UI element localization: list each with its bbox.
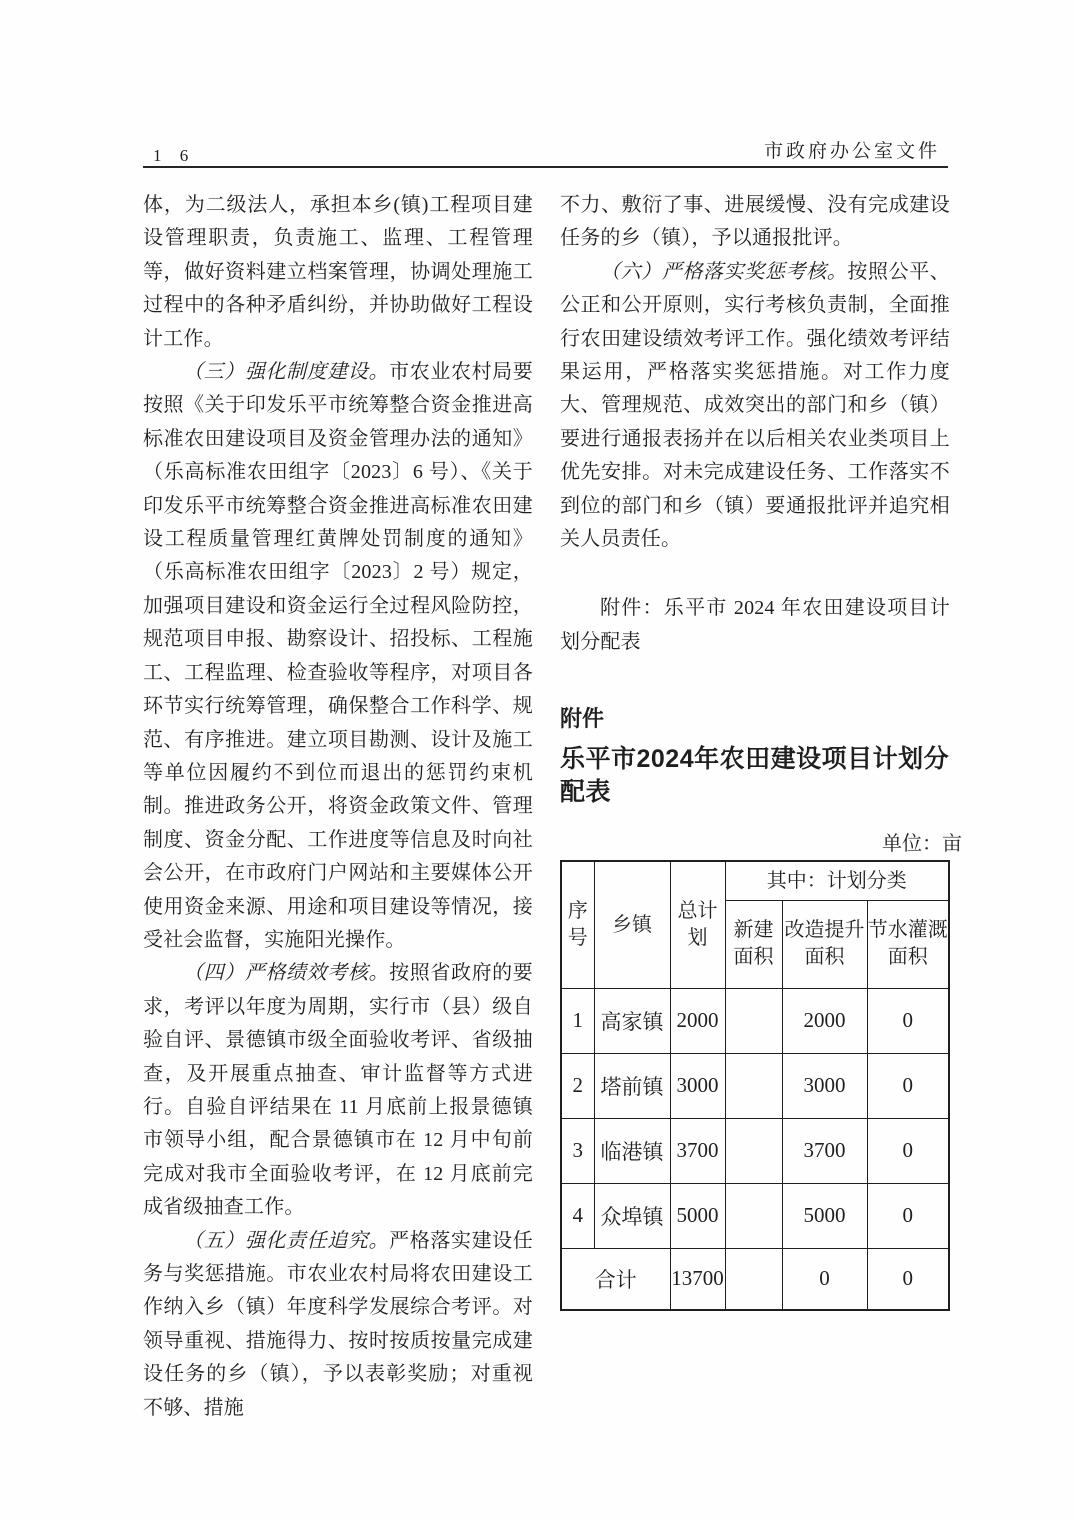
document-page: 1 6 市政府办公室文件 体，为二级法人，承担本乡(镇)工程项目建设管理职责，负… [0, 0, 1074, 1520]
text-run: 不力、敷衍了事、进展缓慢、没有完成建设任务的乡（镇），予以通报批评。 [560, 194, 950, 249]
cell-upgrade: 3700 [782, 1118, 867, 1183]
allocation-table: 序号 乡镇 总计划 其中：计划分类 新建面积 改造提升面积 节水灌溉面积 1高家… [560, 860, 950, 1311]
cell-total: 3700 [670, 1118, 725, 1183]
table-row: 1高家镇200020000 [561, 988, 949, 1053]
cell-irrigation: 0 [867, 988, 949, 1053]
table-row: 3临港镇370037000 [561, 1118, 949, 1183]
col-header-new-area: 新建面积 [725, 900, 782, 988]
header-divider [143, 166, 948, 168]
section-heading-run: （五）强化责任追究。 [183, 1230, 389, 1252]
table-row: 4众埠镇500050000 [561, 1183, 949, 1248]
cell-upgrade: 5000 [782, 1183, 867, 1248]
attachment-title: 乐平市2024年农田建设项目计划分配表 [560, 743, 950, 809]
header-row-1: 序号 乡镇 总计划 其中：计划分类 [561, 861, 949, 900]
cell-town: 众埠镇 [594, 1183, 670, 1248]
total-irrigation-cell: 0 [867, 1248, 949, 1310]
header-doc-type: 市政府办公室文件 [764, 136, 940, 163]
total-row: 合计 13700 0 0 [561, 1248, 949, 1310]
cell-total: 5000 [670, 1183, 725, 1248]
paragraph: 附件：乐平市 2024 年农田建设项目计划分配表 [560, 592, 950, 659]
col-header-upgrade: 改造提升面积 [782, 900, 867, 988]
total-new-area-cell [725, 1248, 782, 1310]
col-header-town: 乡镇 [594, 861, 670, 988]
paragraph: （五）强化责任追究。严格落实建设任务与奖惩措施。市农业农村局将农田建设工作纳入乡… [143, 1225, 533, 1425]
left-column: 体，为二级法人，承担本乡(镇)工程项目建设管理职责，负责施工、监理、工程管理等，… [143, 189, 533, 1425]
cell-seq: 2 [561, 1053, 594, 1118]
paragraph: 体，为二级法人，承担本乡(镇)工程项目建设管理职责，负责施工、监理、工程管理等，… [143, 189, 533, 356]
paragraph: 不力、敷衍了事、进展缓慢、没有完成建设任务的乡（镇），予以通报批评。 [560, 189, 950, 256]
cell-total: 2000 [670, 988, 725, 1053]
text-run: 体，为二级法人，承担本乡(镇)工程项目建设管理职责，负责施工、监理、工程管理等，… [143, 194, 533, 350]
attachment-section: 附件 乐平市2024年农田建设项目计划分配表 单位：亩 序号 乡镇 总计划 其中… [560, 705, 950, 1311]
text-run: 按照省政府的要求，考评以年度为周期，实行市（县）级自验自评、景德镇市级全面验收考… [143, 962, 533, 1218]
cell-seq: 4 [561, 1183, 594, 1248]
table-body: 1高家镇2000200002塔前镇3000300003临港镇3700370004… [561, 988, 949, 1248]
page-number: 1 6 [153, 146, 195, 166]
col-header-seq: 序号 [561, 861, 594, 988]
cell-irrigation: 0 [867, 1053, 949, 1118]
text-run: 按照公平、公正和公开原则，实行考核负责制，全面推行农田建设绩效考评工作。强化绩效… [560, 261, 950, 550]
table-footer: 合计 13700 0 0 [561, 1248, 949, 1310]
table-unit-note: 单位：亩 [560, 831, 962, 857]
cell-irrigation: 0 [867, 1118, 949, 1183]
cell-seq: 1 [561, 988, 594, 1053]
table-header: 序号 乡镇 总计划 其中：计划分类 新建面积 改造提升面积 节水灌溉面积 [561, 861, 949, 988]
cell-town: 高家镇 [594, 988, 670, 1053]
cell-new-area [725, 1118, 782, 1183]
cell-upgrade: 3000 [782, 1053, 867, 1118]
cell-town: 塔前镇 [594, 1053, 670, 1118]
cell-new-area [725, 1053, 782, 1118]
total-label-cell: 合计 [561, 1248, 670, 1310]
page-header: 1 6 市政府办公室文件 [143, 136, 948, 168]
section-heading-run: （六）严格落实奖惩考核。 [600, 261, 847, 283]
col-header-total: 总计划 [670, 861, 725, 988]
paragraph: （四）严格绩效考核。按照省政府的要求，考评以年度为周期，实行市（县）级自验自评、… [143, 957, 533, 1224]
cell-town: 临港镇 [594, 1118, 670, 1183]
text-columns: 体，为二级法人，承担本乡(镇)工程项目建设管理职责，负责施工、监理、工程管理等，… [143, 189, 950, 1425]
total-upgrade-cell: 0 [782, 1248, 867, 1310]
section-heading-run: （三）强化制度建设。 [183, 361, 389, 383]
col-header-group: 其中：计划分类 [725, 861, 949, 900]
right-column: 不力、敷衍了事、进展缓慢、没有完成建设任务的乡（镇），予以通报批评。（六）严格落… [560, 189, 950, 1425]
text-run: 附件：乐平市 2024 年农田建设项目计划分配表 [560, 597, 950, 652]
total-total-cell: 13700 [670, 1248, 725, 1310]
cell-new-area [725, 988, 782, 1053]
cell-upgrade: 2000 [782, 988, 867, 1053]
cell-seq: 3 [561, 1118, 594, 1183]
table-row: 2塔前镇300030000 [561, 1053, 949, 1118]
paragraph: （三）强化制度建设。市农业农村局要按照《关于印发乐平市统筹整合资金推进高标准农田… [143, 356, 533, 957]
cell-total: 3000 [670, 1053, 725, 1118]
cell-new-area [725, 1183, 782, 1248]
section-heading-run: （四）严格绩效考核。 [183, 962, 389, 984]
paragraph: （六）严格落实奖惩考核。按照公平、公正和公开原则，实行考核负责制，全面推行农田建… [560, 256, 950, 557]
text-run: 市农业农村局要按照《关于印发乐平市统筹整合资金推进高标准农田建设项目及资金管理办… [143, 361, 533, 951]
text-run: 严格落实建设任务与奖惩措施。市农业农村局将农田建设工作纳入乡（镇）年度科学发展综… [143, 1230, 533, 1419]
col-header-irrigation: 节水灌溉面积 [867, 900, 949, 988]
attachment-label: 附件 [560, 705, 950, 733]
cell-irrigation: 0 [867, 1183, 949, 1248]
